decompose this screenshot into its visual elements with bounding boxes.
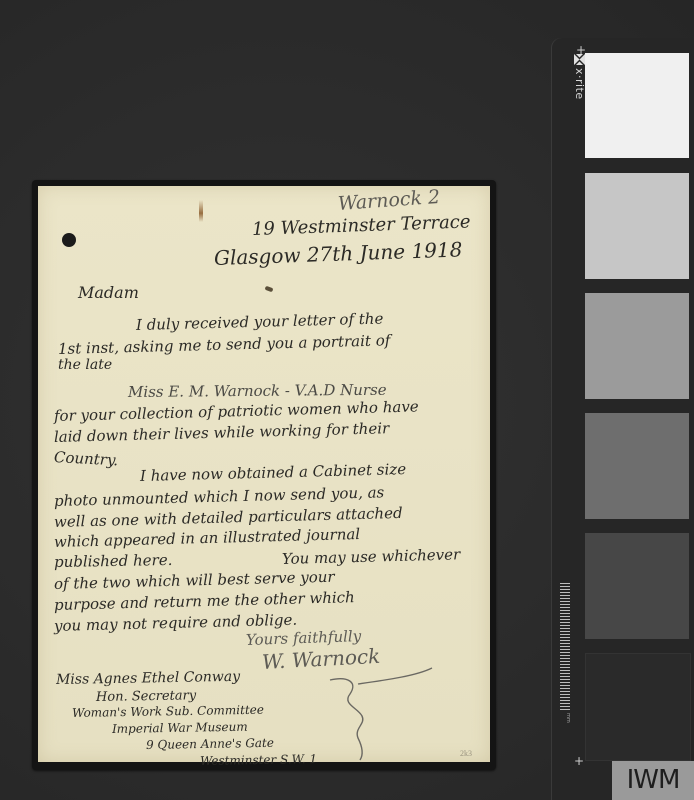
recipient-line: Imperial War Museum xyxy=(112,720,248,736)
body-line: Country. xyxy=(54,448,119,469)
rust-stain xyxy=(199,200,203,222)
ruler-unit-label: mm xyxy=(565,713,571,723)
signature-flourish xyxy=(356,660,436,690)
gray-patch-2 xyxy=(585,173,689,279)
body-line: the late xyxy=(58,357,112,373)
gray-patch-3 xyxy=(585,293,689,399)
iwm-watermark: IWM xyxy=(612,761,694,800)
crosshair-bottom-icon: + xyxy=(574,755,584,767)
recipient-line: 9 Queen Anne's Gate xyxy=(146,736,274,752)
punch-hole xyxy=(62,233,76,247)
salutation: Madam xyxy=(78,283,139,302)
body-line: published here. xyxy=(54,551,173,571)
catalog-number: 2k3 xyxy=(460,749,472,758)
recipient-line: Hon. Secretary xyxy=(96,688,196,705)
recipient-line: Miss Agnes Ethel Conway xyxy=(56,669,240,688)
gray-patch-1 xyxy=(585,53,689,158)
body-line: Miss E. M. Warnock - V.A.D Nurse xyxy=(128,381,387,401)
gray-patch-6 xyxy=(585,653,691,761)
gray-patch-5 xyxy=(585,533,689,639)
mm-ruler xyxy=(560,583,570,711)
gray-patch-4 xyxy=(585,413,689,519)
recipient-line: Westminster S.W. 1 xyxy=(200,752,317,768)
